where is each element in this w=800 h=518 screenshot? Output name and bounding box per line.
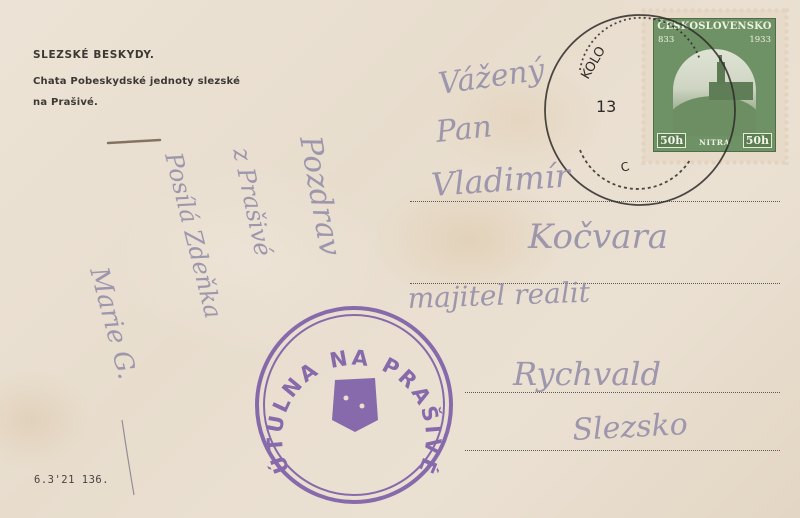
pencil-stroke: [122, 420, 134, 495]
address-region: Slezsko: [572, 407, 689, 448]
rubber-stamp: ÚTULNA NA PRAŠIVÉ. *: [0, 0, 451, 502]
postmark: [545, 15, 735, 205]
postcard-back: SLEZSKÉ BESKYDY. Chata Pobeskydské jedno…: [0, 0, 800, 518]
message-greeting: Pozdrav: [292, 132, 348, 258]
rubber-stamp-text: ÚTULNA NA PRAŠIVÉ. *: [0, 0, 445, 480]
address-surname: Kočvara: [527, 217, 668, 257]
ink-smudge: [108, 140, 160, 143]
postmark-outer-ring: [545, 15, 735, 205]
address-occupation: majitel realit: [407, 276, 591, 315]
address-title: Pan: [433, 109, 493, 150]
overlay-layer: KOLO 13 C Vážený Pan Vladimír Kočvara ma…: [0, 0, 800, 518]
message-signature: Marie G.: [83, 263, 142, 382]
address-salutation: Vážený: [436, 52, 548, 102]
address-town: Rychvald: [512, 355, 661, 393]
coat-of-arms-star-icon: [344, 396, 349, 401]
postmark-town: KOLO: [578, 44, 609, 82]
address-first-name: Vladimír: [430, 156, 573, 204]
postmark-bottom: C: [619, 159, 631, 175]
message-place: z Prašivé: [227, 144, 277, 258]
coat-of-arms-star-icon: [360, 404, 365, 409]
postmark-inner-arc: [580, 150, 690, 189]
coat-of-arms-icon: [332, 378, 378, 432]
message-sender: Posílá Zdeňka: [159, 149, 227, 321]
postmark-date: 13: [596, 97, 616, 116]
